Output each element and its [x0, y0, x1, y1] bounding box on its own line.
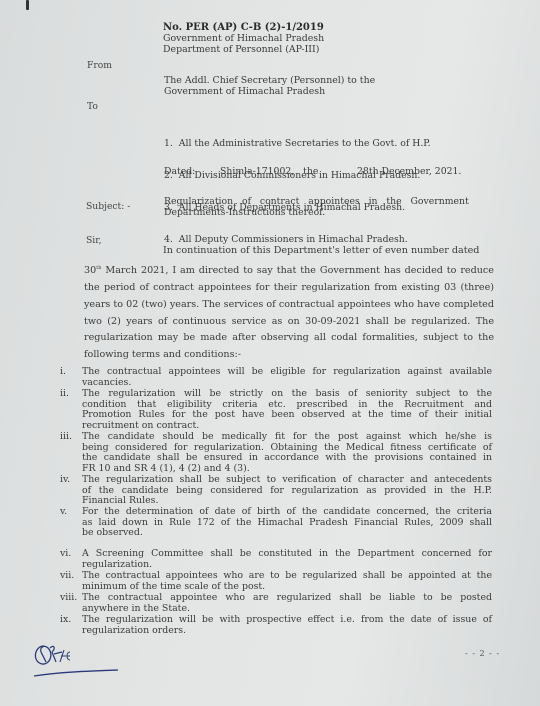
body-line: the period of contract appointees for th… — [84, 280, 494, 297]
condition-line: The contractual appointees who are to be… — [82, 571, 492, 582]
body-line: years to 02 (two) years. The services of… — [84, 297, 494, 314]
dated-label: Dated: — [164, 167, 195, 178]
condition-line: regularization orders. — [82, 626, 492, 637]
subject-line-2: Departments-Instructions thereof. — [164, 208, 486, 219]
from-line-1: The Addl. Chief Secretary (Personnel) to… — [164, 75, 375, 86]
condition-line: regularization. — [82, 560, 492, 571]
condition-line: The contractual appointee who are regula… — [82, 593, 492, 604]
condition-number: viii. — [60, 593, 80, 604]
condition-line: The candidate should be medically fit fo… — [82, 432, 492, 443]
condition-text: The regularization will be with prospect… — [82, 615, 492, 636]
condition-text: The candidate should be medically fit fo… — [82, 432, 492, 474]
staple-mark — [26, 0, 29, 10]
condition-number: v. — [60, 507, 80, 518]
body-line: following terms and conditions:- — [84, 347, 494, 364]
header-department: Department of Personnel (AP-III) — [163, 44, 324, 55]
body-line: regularization may be made after observi… — [84, 330, 494, 347]
condition-line: For the determination of date of birth o… — [82, 507, 492, 518]
subject-text: Regularization of contract appointees in… — [164, 197, 486, 218]
condition-line: be observed. — [82, 528, 492, 539]
from-line-2: Government of Himachal Pradesh — [164, 86, 375, 97]
subject-label: Subject: - — [86, 201, 130, 212]
condition-text: For the determination of date of birth o… — [82, 507, 492, 539]
condition-number: i. — [60, 367, 80, 378]
to-label: To — [87, 101, 98, 112]
from-block: The Addl. Chief Secretary (Personnel) to… — [164, 75, 375, 97]
condition-text: The regularization shall be subject to v… — [82, 475, 492, 507]
body-line: In continuation of this Department's let… — [163, 243, 487, 260]
signature-initials-icon — [30, 640, 120, 680]
document-page: No. PER (AP) C-B (2)-1/2019 Government o… — [0, 0, 540, 706]
letter-header: No. PER (AP) C-B (2)-1/2019 Government o… — [163, 22, 324, 55]
body-line: 30th March 2021, I am directed to say th… — [84, 260, 494, 280]
condition-line: FR 10 and SR 4 (1), 4 (2) and 4 (3). — [82, 464, 492, 475]
condition-number: iii. — [60, 432, 80, 443]
subject-line-1: Regularization of contract appointees in… — [164, 197, 486, 208]
condition-text: The contractual appointee who are regula… — [82, 593, 492, 614]
condition-number: iv. — [60, 475, 80, 486]
condition-number: vii. — [60, 571, 80, 582]
salutation: Sir, — [86, 235, 102, 246]
body-line: two (2) years of continuous service as o… — [84, 314, 494, 331]
condition-line: The regularization will be strictly on t… — [82, 389, 492, 400]
condition-text: A Screening Committee shall be constitut… — [82, 549, 492, 570]
from-label: From — [87, 60, 112, 71]
date-suffix: th — [96, 265, 101, 271]
body-line-first: In continuation of this Department's let… — [163, 243, 487, 260]
condition-line: The regularization will be with prospect… — [82, 615, 492, 626]
condition-line: A Screening Committee shall be constitut… — [82, 549, 492, 560]
body-line-text: March 2021, I am directed to say that th… — [105, 265, 494, 276]
condition-line: recruitment on contract. — [82, 421, 492, 432]
condition-line: minimum of the time scale of the post. — [82, 582, 492, 593]
header-government: Government of Himachal Pradesh — [163, 33, 324, 44]
condition-number: ix. — [60, 615, 80, 626]
file-number: No. PER (AP) C-B (2)-1/2019 — [163, 22, 324, 33]
condition-line: vacancies. — [82, 378, 492, 389]
condition-number: vi. — [60, 549, 80, 560]
condition-number: ii. — [60, 389, 80, 400]
recipient-item: 1. All the Administrative Secretaries to… — [164, 139, 431, 150]
condition-text: The contractual appointees will be eligi… — [82, 367, 492, 388]
condition-text: The regularization will be strictly on t… — [82, 389, 492, 431]
condition-text: The contractual appointees who are to be… — [82, 571, 492, 592]
date-day: 30 — [84, 265, 96, 276]
condition-line: The regularization shall be subject to v… — [82, 475, 492, 486]
condition-line: The contractual appointees will be eligi… — [82, 367, 492, 378]
dated-place: Shimla-171002, the — [220, 167, 318, 178]
body-paragraph: 30th March 2021, I am directed to say th… — [84, 260, 494, 364]
condition-line: anywhere in the State. — [82, 604, 492, 615]
page-marker: - - 2 - - — [465, 649, 500, 658]
dated-date: 28th December, 2021. — [357, 167, 461, 178]
condition-line: as laid down in Rule 172 of the Himachal… — [82, 518, 492, 529]
